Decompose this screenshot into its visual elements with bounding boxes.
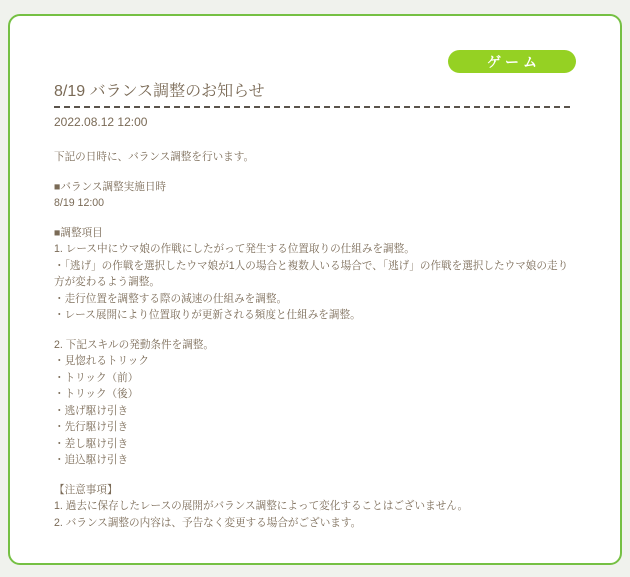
body-line: ・トリック（前） [54,370,570,387]
body-line: ・走行位置を調整する際の減速の仕組みを調整。 [54,291,570,308]
body-line: ・追込駆け引き [54,452,570,469]
article-content: 8/19 バランス調整のお知らせ 2022.08.12 12:00 下記の日時に… [54,82,570,531]
page: { "theme": { "page_bg": "#f0f2ed", "card… [0,0,630,577]
body-line: ・トリック（後） [54,386,570,403]
article-body: 下記の日時に、バランス調整を行います。■バランス調整実施日時8/19 12:00… [54,149,570,531]
dashed-separator [54,106,570,108]
body-section: ■バランス調整実施日時8/19 12:00 [54,179,570,212]
body-section: 2. 下記スキルの発動条件を調整。・見惚れるトリック・トリック（前）・トリック（… [54,337,570,469]
article-date: 2022.08.12 12:00 [54,115,570,129]
body-line: 2. 下記スキルの発動条件を調整。 [54,337,570,354]
article-title: 8/19 バランス調整のお知らせ [54,82,570,101]
body-section: ■調整項目1. レース中にウマ娘の作戦にしたがって発生する位置取りの仕組みを調整… [54,225,570,324]
body-line: 【注意事項】 [54,482,570,499]
body-line: 下記の日時に、バランス調整を行います。 [54,149,570,166]
body-line: ・差し駆け引き [54,436,570,453]
news-card: ゲーム 8/19 バランス調整のお知らせ 2022.08.12 12:00 下記… [8,14,622,565]
body-section: 下記の日時に、バランス調整を行います。 [54,149,570,166]
body-line: ・見惚れるトリック [54,353,570,370]
body-line: ・先行駆け引き [54,419,570,436]
category-badge-game[interactable]: ゲーム [448,50,576,73]
body-line: ・逃げ駆け引き [54,403,570,420]
body-line: 2. バランス調整の内容は、予告なく変更する場合がございます。 [54,515,570,532]
body-line: 1. 過去に保存したレースの展開がバランス調整によって変化することはございません… [54,498,570,515]
body-line: 1. レース中にウマ娘の作戦にしたがって発生する位置取りの仕組みを調整。 [54,241,570,258]
body-line: 8/19 12:00 [54,195,570,212]
body-line: ■調整項目 [54,225,570,242]
body-line: ■バランス調整実施日時 [54,179,570,196]
category-badge-label: ゲーム [483,52,541,72]
body-section: 【注意事項】1. 過去に保存したレースの展開がバランス調整によって変化することは… [54,482,570,532]
body-line: ・レース展開により位置取りが更新される頻度と仕組みを調整。 [54,307,570,324]
body-line: ・「逃げ」の作戦を選択したウマ娘が1人の場合と複数人いる場合で、「逃げ」の作戦を… [54,258,570,291]
